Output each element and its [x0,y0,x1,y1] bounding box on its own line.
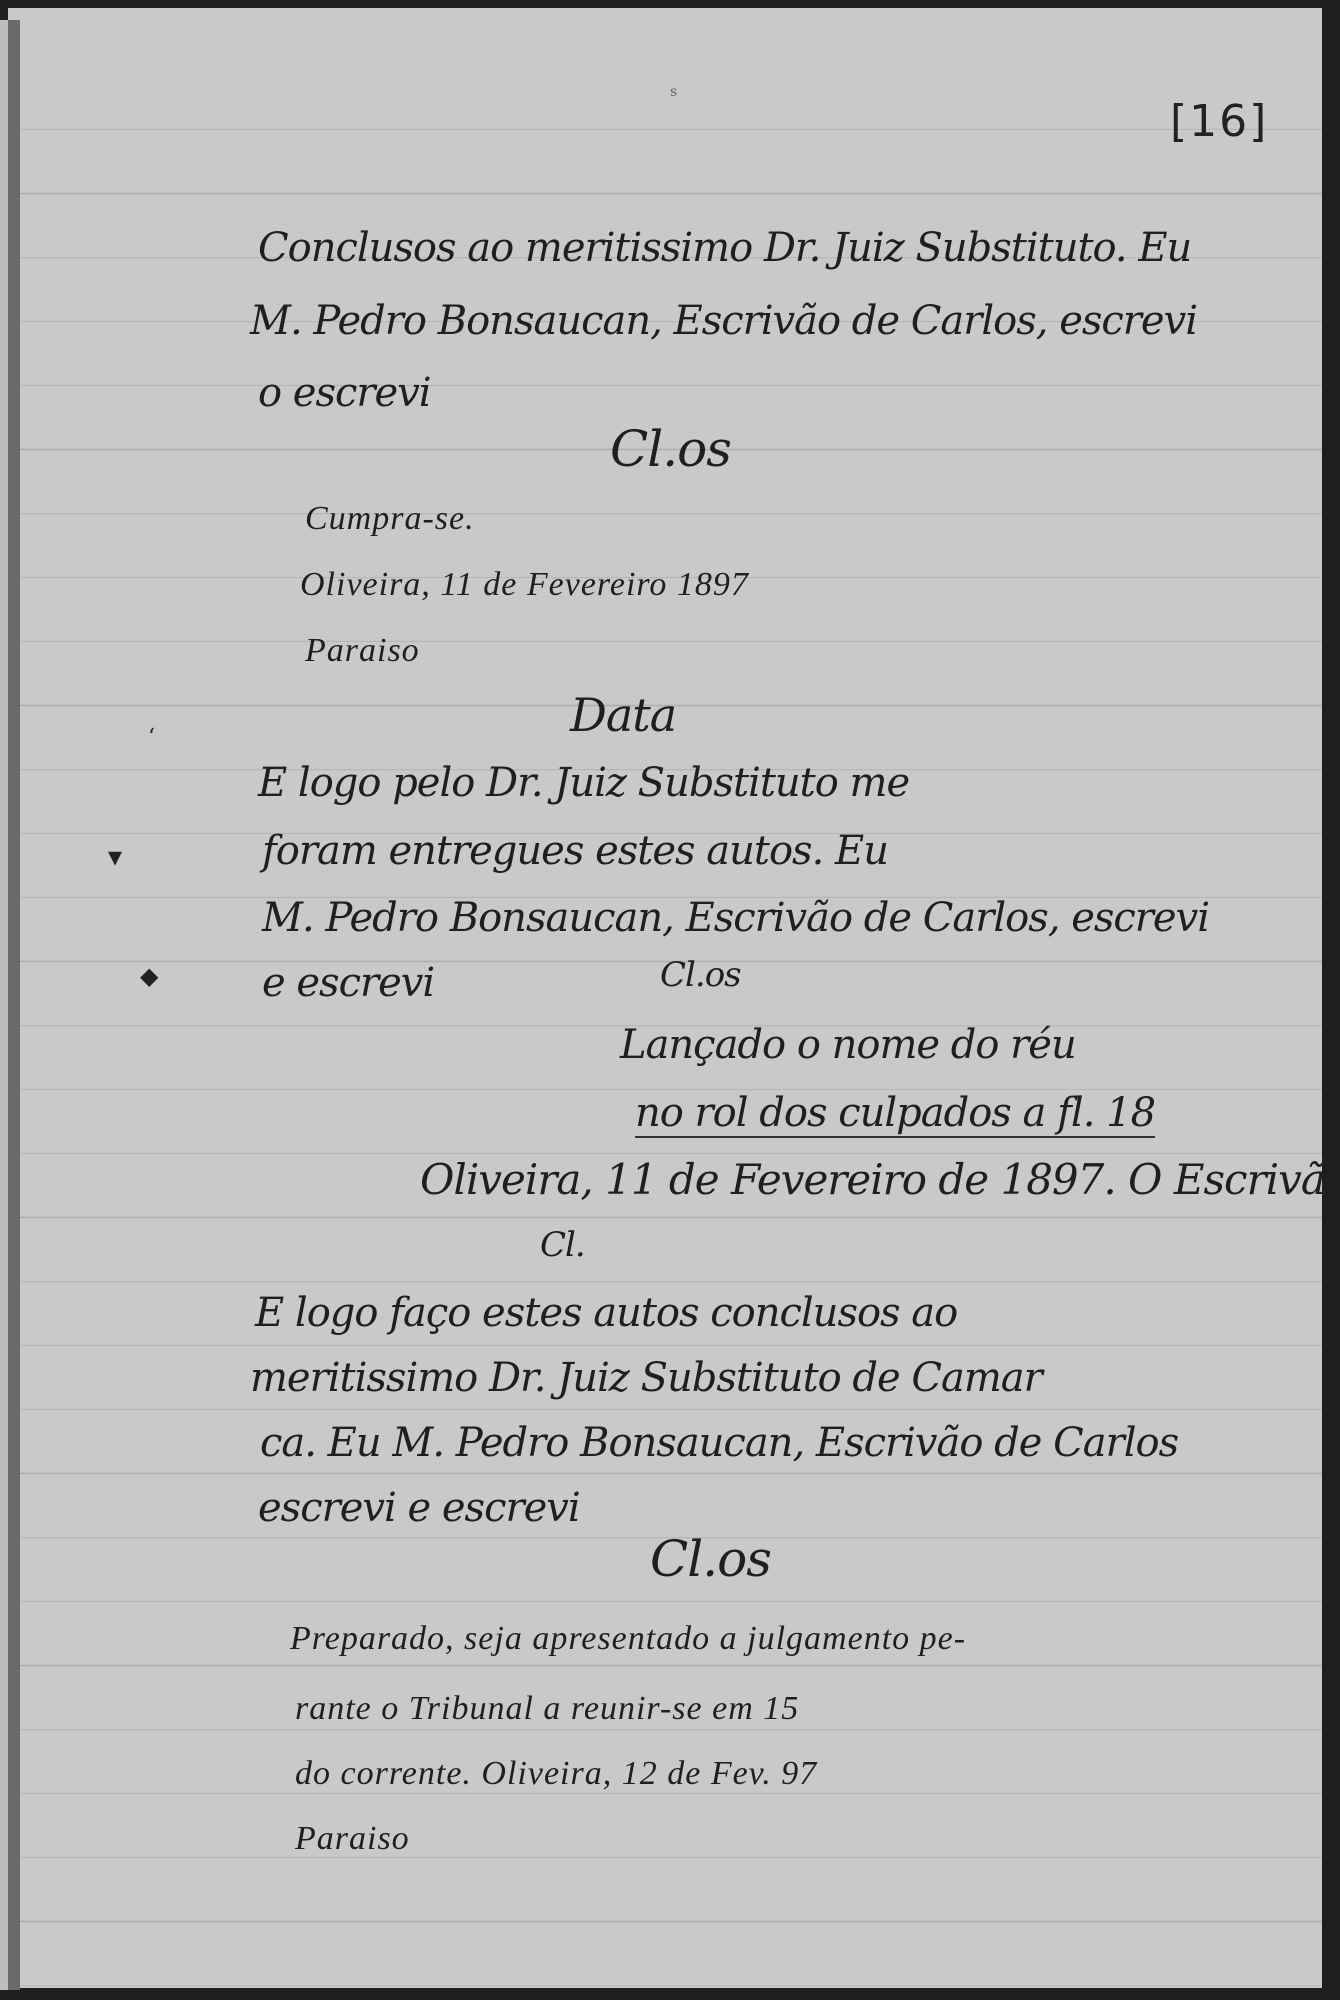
entry-4-line-1: Lançado o nome do réu [620,1022,1076,1068]
entry-4-line-2: no rol dos culpados a fl. 18 [635,1090,1155,1138]
entry-5-line-2: meritissimo Dr. Juiz Substituto de Camar [250,1355,1042,1401]
entry-5-signature: Cl.os [650,1530,771,1588]
binding-hole-mark: ◆ [140,962,158,990]
binding-edge [0,20,8,1990]
binding-hole-mark: ▾ [108,840,122,873]
entry-1-line-3: o escrevi [258,370,431,416]
entry-3-signature: Cl.os [660,955,741,995]
entry-5-line-3: ca. Eu M. Pedro Bonsaucan, Escrivão de C… [260,1420,1178,1466]
entry-1-line-2: M. Pedro Bonsaucan, Escrivão de Carlos, … [250,298,1197,344]
entry-2-line-1: Cumpra-se. [305,500,475,538]
entry-5-line-4: escrevi e escrevi [258,1485,580,1531]
entry-6-line-3: do corrente. Oliveira, 12 de Fev. 97 [295,1755,817,1793]
entry-2-signature: Paraiso [305,632,420,670]
entry-4-line-3: Oliveira, 11 de Fevereiro de 1897. O Esc… [420,1155,1340,1204]
entry-2-line-2: Oliveira, 11 de Fevereiro 1897 [300,566,749,604]
entry-1-line-1: Conclusos ao meritissimo Dr. Juiz Substi… [258,225,1191,271]
entry-6-signature: Paraiso [295,1820,410,1858]
entry-3-line-2: foram entregues estes autos. Eu [262,828,888,874]
stamp-mark: s [670,84,677,100]
entry-3-heading: Data [570,688,676,742]
entry-4-signature: Cl. [540,1225,585,1265]
entry-5-line-1: E logo faço estes autos conclusos ao [255,1290,957,1336]
page-number: [16] [1170,96,1268,147]
entry-3-line-4: e escrevi [262,960,434,1006]
binding-spine [8,20,20,1990]
entry-3-line-3: M. Pedro Bonsaucan, Escrivão de Carlos, … [262,895,1209,941]
entry-6-line-2: rante o Tribunal a reunir-se em 15 [295,1690,799,1728]
margin-mark: ‘ [148,725,155,750]
entry-3-line-1: E logo pelo Dr. Juiz Substituto me [258,760,909,806]
entry-1-signature: Cl.os [610,420,731,478]
entry-6-line-1: Preparado, seja apresentado a julgamento… [290,1620,966,1658]
